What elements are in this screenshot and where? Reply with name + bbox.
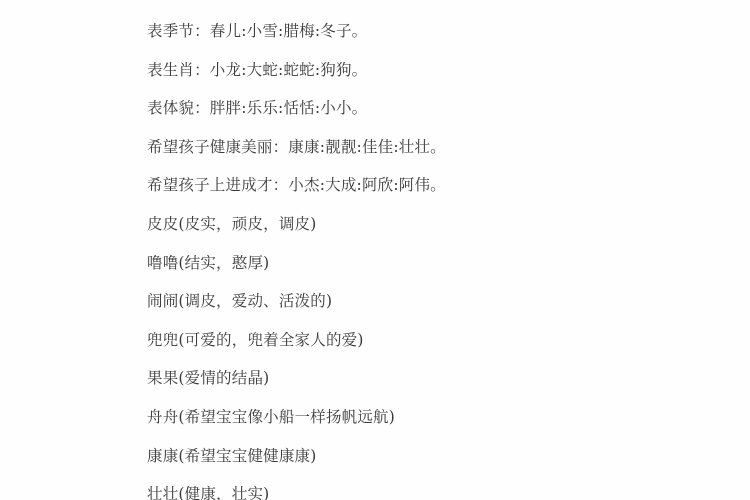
text-line-zodiac: 表生肖：小龙:大蛇:蛇蛇:狗狗。 bbox=[147, 59, 446, 98]
text-line-zhuangzhuang: 壮壮(健康，壮实) bbox=[147, 483, 446, 500]
text-line-successful: 希望孩子上进成才：小杰:大成:阿欣:阿伟。 bbox=[147, 174, 446, 213]
text-line-naonao: 闹闹(调皮，爱动、活泼的) bbox=[147, 290, 446, 329]
text-line-guoguo: 果果(爱情的结晶) bbox=[147, 367, 446, 406]
text-line-season: 表季节：春儿:小雪:腊梅:冬子。 bbox=[147, 20, 446, 59]
text-line-pipi: 皮皮(皮实，顽皮，调皮) bbox=[147, 213, 446, 252]
text-line-lulu: 噜噜(结实，憨厚) bbox=[147, 252, 446, 291]
document-page: 表季节：春儿:小雪:腊梅:冬子。 表生肖：小龙:大蛇:蛇蛇:狗狗。 表体貌：胖胖… bbox=[0, 0, 750, 500]
text-line-appearance: 表体貌：胖胖:乐乐:恬恬:小小。 bbox=[147, 97, 446, 136]
text-line-doudou: 兜兜(可爱的，兜着全家人的爱) bbox=[147, 329, 446, 368]
nickname-list: 表季节：春儿:小雪:腊梅:冬子。 表生肖：小龙:大蛇:蛇蛇:狗狗。 表体貌：胖胖… bbox=[147, 20, 446, 500]
text-line-kangkang: 康康(希望宝宝健健康康) bbox=[147, 445, 446, 484]
text-line-zhouzhou: 舟舟(希望宝宝像小船一样扬帆远航) bbox=[147, 406, 446, 445]
text-line-healthy-beautiful: 希望孩子健康美丽：康康:靓靓:佳佳:壮壮。 bbox=[147, 136, 446, 175]
